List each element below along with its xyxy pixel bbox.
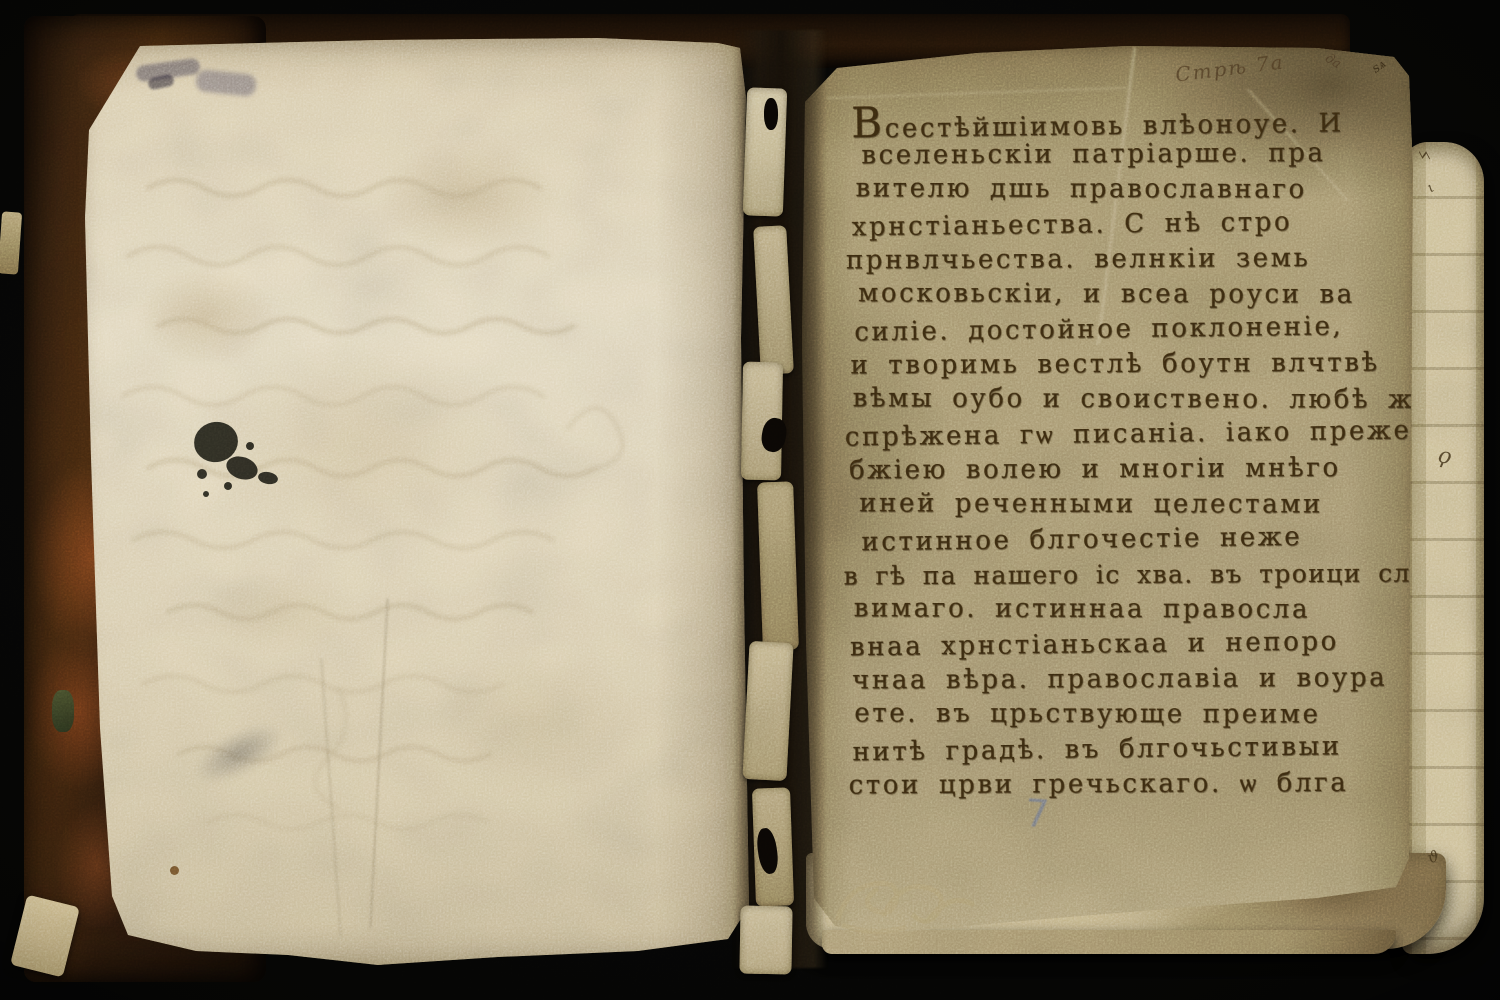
pencil-smudge [195,69,257,97]
text-show-through [88,128,738,908]
fore-edge-page-stack [1402,142,1484,954]
manuscript-text-line: внаа хрнстіаньскаа и непоро [850,624,1402,666]
manuscript-text-line: ете. въ црьствующе преиме [854,696,1402,732]
manuscript-text-block: Всестѣйшіимовь влѣоноуе. Ивселеньскіи па… [851,101,1403,824]
binding-gap [764,98,778,130]
corner-note: да [1322,51,1344,72]
manuscript-text-line: прнвлчьества. велнкіи земь [846,241,1400,279]
manuscript-text-line: вителю дшь православнаго [856,171,1400,207]
left-page [78,38,750,966]
torn-paper-shard [757,481,799,650]
manuscript-text-line: и творимь вестлѣ боутн влчтвѣ [850,346,1400,384]
manuscript-text-line: в гѣ па нашего іс хва. въ троици сла [844,556,1402,594]
manuscript-photo: Всестѣйшіимовь влѣоноуе. Ивселеньскіи па… [0,0,1500,1000]
clasp-hook [0,211,22,274]
spine-gutter [733,30,827,968]
folio-annotation: Стрѣ 7а [1174,49,1286,86]
manuscript-text-line: вѣмы оубо и своиствено. любѣ же [853,381,1401,417]
manuscript-text-line: московьскіи, и всеа роуси ва [858,276,1400,312]
manuscript-text-line: иней реченными целестами [859,486,1401,522]
manuscript-text-line: чнаа вѣра. православіа и воура [852,661,1402,699]
manuscript-text-line: нитѣ градѣ. въ блгочьстивыи [852,729,1402,771]
manuscript-text-line: хрнстіаньества. С нѣ стро [852,204,1400,246]
torn-paper-shard [742,641,793,781]
manuscript-text-line: стои црви гречьскаго. ѡ блга [849,766,1403,804]
manuscript-text-line: вселеньскіи патріарше. пра [861,136,1399,174]
torn-paper-shard [739,906,792,975]
rust-speck [170,866,179,875]
manuscript-text-line: истинное блгочестіе неже [861,519,1401,561]
manuscript-text-line: Всестѣйшіимовь влѣоноуе. И [851,99,1399,141]
ornament-show-through [824,862,994,942]
pencil-page-number: 7 [1023,791,1050,837]
manuscript-text-line: силіе. достойное поклоненіе, [854,309,1400,351]
manuscript-text-line: бжіею волею и многіи мнѣго [849,451,1401,489]
manuscript-text-line: спрѣжена гѡ писаніа. іако преже [845,414,1401,456]
manuscript-text-line: вимаго. истиннаа правосла [854,591,1402,627]
ink-blot [184,416,294,502]
right-page: Всестѣйшіимовь влѣоноуе. Ивселеньскіи па… [797,40,1417,940]
clasp-remnant [52,690,74,732]
